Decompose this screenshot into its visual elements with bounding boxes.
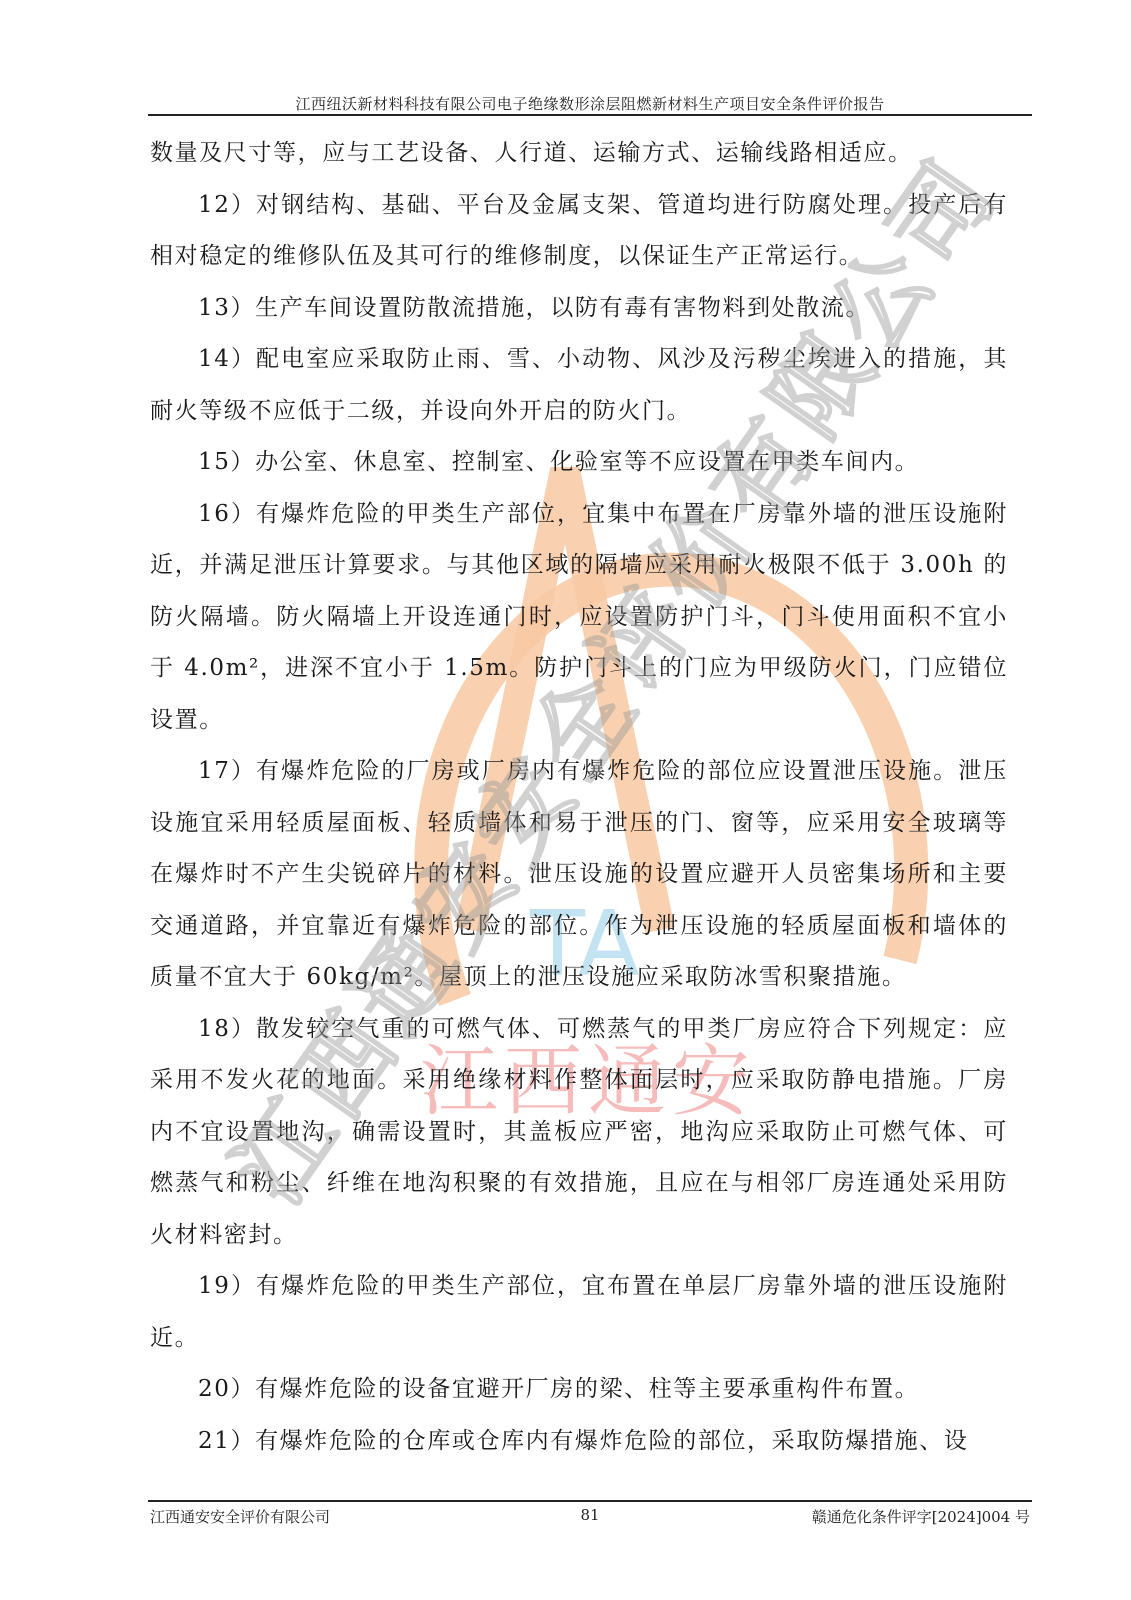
- paragraph: 数量及尺寸等，应与工艺设备、人行道、运输方式、运输线路相适应。: [150, 128, 1008, 180]
- paragraph: 21）有爆炸危险的仓库或仓库内有爆炸危险的部位，采取防爆措施、设: [150, 1416, 1008, 1468]
- paragraph: 12）对钢结构、基础、平台及金属支架、管道均进行防腐处理。投产后有相对稳定的维修…: [150, 180, 1008, 283]
- document-page: TA 江西通安 江西纽沃新材料科技有限公司电子绝缘数形涂层阻燃新材料生产项目安全…: [0, 0, 1131, 1600]
- paragraph: 19）有爆炸危险的甲类生产部位，宜布置在单层厂房靠外墙的泄压设施附近。: [150, 1261, 1008, 1364]
- paragraph: 18）散发较空气重的可燃气体、可燃蒸气的甲类厂房应符合下列规定：应采用不发火花的…: [150, 1004, 1008, 1262]
- paragraph: 20）有爆炸危险的设备宜避开厂房的梁、柱等主要承重构件布置。: [150, 1364, 1008, 1416]
- footer-divider: [148, 1500, 1032, 1502]
- paragraph: 14）配电室应采取防止雨、雪、小动物、风沙及污秽尘埃进入的措施，其耐火等级不应低…: [150, 334, 1008, 437]
- paragraph: 15）办公室、休息室、控制室、化验室等不应设置在甲类车间内。: [150, 437, 1008, 489]
- document-body: 数量及尺寸等，应与工艺设备、人行道、运输方式、运输线路相适应。 12）对钢结构、…: [150, 128, 1008, 1467]
- header-title: 江西纽沃新材料科技有限公司电子绝缘数形涂层阻燃新材料生产项目安全条件评价报告: [150, 93, 1030, 114]
- paragraph: 16）有爆炸危险的甲类生产部位，宜集中布置在厂房靠外墙的泄压设施附近，并满足泄压…: [150, 489, 1008, 747]
- paragraph: 13）生产车间设置防散流措施，以防有毒有害物料到处散流。: [150, 283, 1008, 335]
- footer-doc-number: 赣通危化条件评字[2024]004 号: [812, 1506, 1030, 1527]
- paragraph: 17）有爆炸危险的厂房或厂房内有爆炸危险的部位应设置泄压设施。泄压设施宜采用轻质…: [150, 746, 1008, 1004]
- header-divider: [148, 114, 1032, 116]
